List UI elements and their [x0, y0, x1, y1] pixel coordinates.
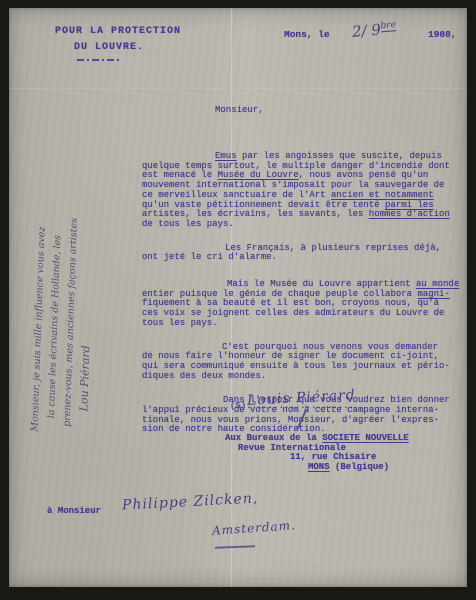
letter-scan: { "letterhead": { "line1": "POUR LA PROT… [0, 0, 476, 600]
text-line: MONS (Belgique) [225, 463, 409, 473]
text-line: diques des deux mondes. [142, 372, 454, 382]
paragraph: Mais le Musée du Louvre appartient au mo… [142, 280, 454, 329]
recipient-typed-label: à Monsieur [47, 506, 101, 516]
letterhead-line2: DU LOUVRE. [74, 42, 144, 53]
paragraph: C'est pourquoi nous venons vous demander… [142, 343, 454, 382]
letterhead-line1: POUR LA PROTECTION [55, 26, 181, 37]
salutation: Monsieur, [215, 105, 264, 115]
letterhead-rule [77, 59, 121, 61]
text-line: ont jeté le cri d'alarme. [142, 253, 454, 263]
date-superscript: bre [380, 20, 396, 32]
dateline-year: 1908, [428, 29, 457, 40]
paragraph: Les Français, à plusieurs reprises déjà,… [142, 244, 454, 263]
dateline-place: Mons, le [284, 29, 330, 40]
margin-handwritten-note: Monsieur, je suis mille influence vous a… [27, 142, 152, 436]
sender-address-block: Aux Bureaux de la SOCIETE NOUVELLERevue … [225, 434, 409, 472]
text-line: de tous les pays. [142, 220, 454, 230]
dateline-handwritten-day: 2/ 9bre [351, 19, 397, 41]
paragraph: Emus par les angoisses que suscite, depu… [142, 152, 454, 230]
horizontal-fold-crease [9, 88, 467, 90]
text-line: tous les pays. [142, 319, 454, 329]
